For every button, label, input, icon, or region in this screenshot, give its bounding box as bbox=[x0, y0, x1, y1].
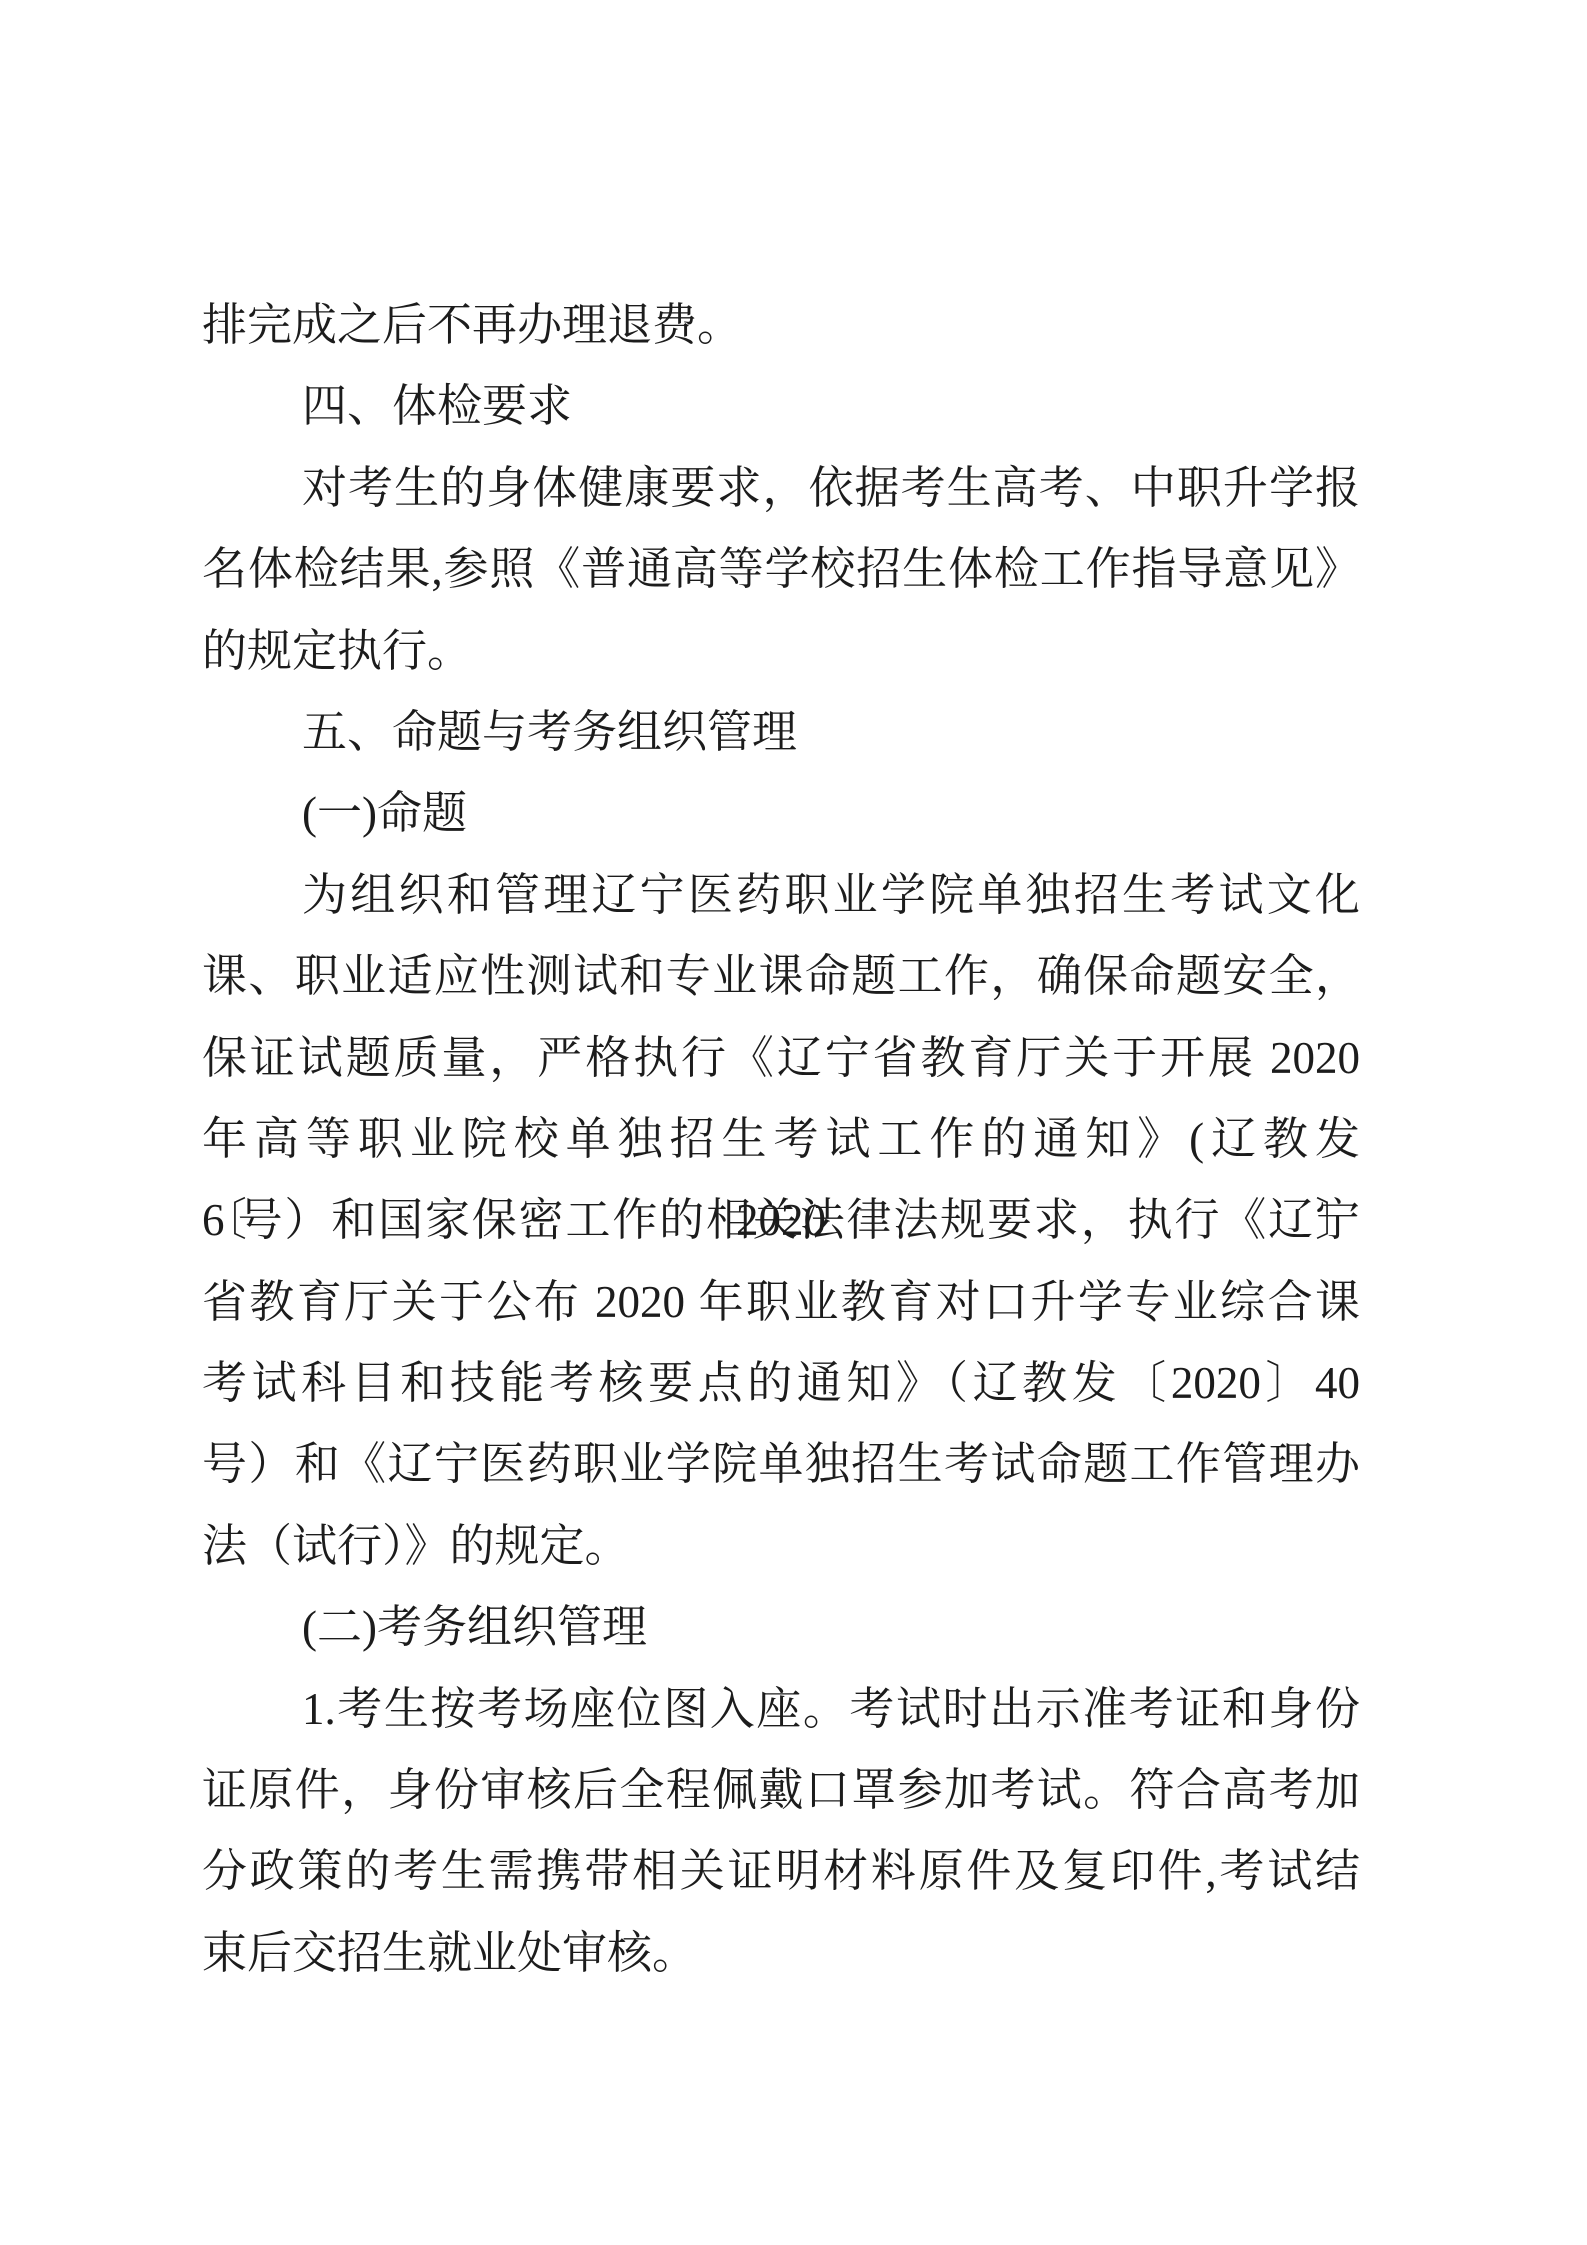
text-line: 保证试题质量，严格执行《辽宁省教育厅关于开展 2020 bbox=[202, 1018, 1360, 1099]
text-line: 的规定执行。 bbox=[202, 611, 1360, 692]
text-line: 年高等职业院校单独招生考试工作的通知》(辽教发〔2020〕 bbox=[202, 1099, 1360, 1180]
section-heading: 五、命题与考务组织管理 bbox=[202, 692, 1360, 773]
text-block: 排完成之后不再办理退费。四、体检要求对考生的身体健康要求，依据考生高考、中职升学… bbox=[202, 285, 1360, 1994]
section-heading: (一)命题 bbox=[202, 773, 1360, 854]
section-heading: 四、体检要求 bbox=[202, 366, 1360, 447]
text-line: 省教育厅关于公布 2020 年职业教育对口升学专业综合课 bbox=[202, 1262, 1360, 1343]
text-line: 名体检结果,参照《普通高等学校招生体检工作指导意见》 bbox=[202, 529, 1360, 610]
text-line: 1.考生按考场座位图入座。考试时出示准考证和身份 bbox=[202, 1669, 1360, 1750]
text-line: 证原件，身份审核后全程佩戴口罩参加考试。符合高考加 bbox=[202, 1750, 1360, 1831]
text-line: 考试科目和技能考核要点的通知》（辽教发〔2020〕40 bbox=[202, 1343, 1360, 1424]
text-line: 分政策的考生需携带相关证明材料原件及复印件,考试结 bbox=[202, 1831, 1360, 1912]
text-line: 课、职业适应性测试和专业课命题工作，确保命题安全， bbox=[202, 936, 1360, 1017]
document-page: 排完成之后不再办理退费。四、体检要求对考生的身体健康要求，依据考生高考、中职升学… bbox=[0, 0, 1587, 2245]
text-line: 6 号）和国家保密工作的相关法律法规要求，执行《辽宁 bbox=[202, 1180, 1360, 1261]
text-line: 号）和《辽宁医药职业学院单独招生考试命题工作管理办 bbox=[202, 1424, 1360, 1505]
text-line: 法（试行）》的规定。 bbox=[202, 1506, 1360, 1587]
text-line: 为组织和管理辽宁医药职业学院单独招生考试文化 bbox=[202, 855, 1360, 936]
text-line: 对考生的身体健康要求，依据考生高考、中职升学报 bbox=[202, 448, 1360, 529]
text-line: 束后交招生就业处审核。 bbox=[202, 1913, 1360, 1994]
text-line: 排完成之后不再办理退费。 bbox=[202, 285, 1360, 366]
section-heading: (二)考务组织管理 bbox=[202, 1587, 1360, 1668]
